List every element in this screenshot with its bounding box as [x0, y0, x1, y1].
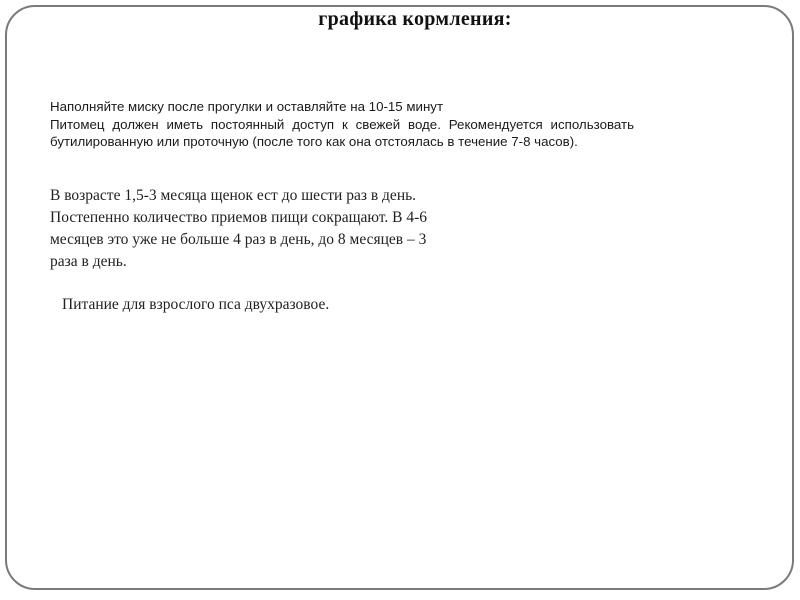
water-bowl-line: Наполняйте миску после прогулки и оставл… [50, 98, 634, 116]
water-instructions: Наполняйте миску после прогулки и оставл… [50, 98, 634, 151]
puppy-feeding-paragraph: В возрасте 1,5-3 месяца щенок ест до шес… [50, 185, 440, 273]
adult-feeding-line: Питание для взрослого пса двухразовое. [62, 294, 329, 316]
slide-title: графика кормления: [0, 8, 800, 31]
water-access-paragraph: Питомец должен иметь постоянный доступ к… [50, 116, 634, 151]
